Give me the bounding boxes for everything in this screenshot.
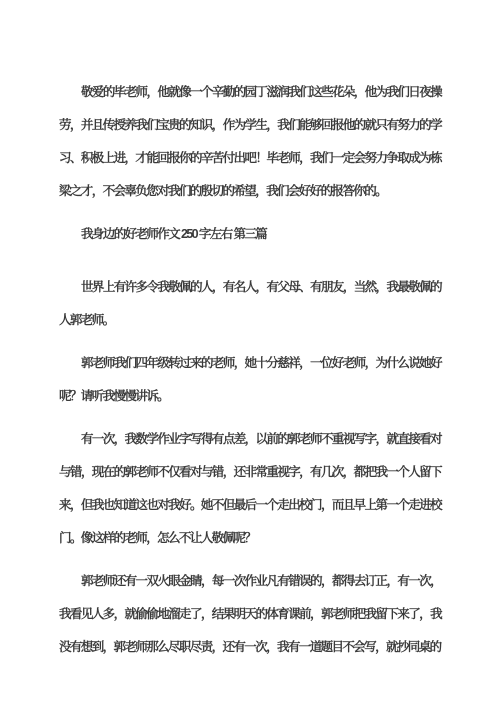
paragraph: 郭老师我们四年级转过来的老师，她十分慈祥，一位好老师，为什么说她好呢？请听我慢慢… (59, 347, 441, 413)
section-heading: 我身边的好老师作文 250 字左右 第三篇 (59, 218, 441, 251)
paragraph: 有一次，我数学作业字写得有点差，以前的郭老师不重视写字，就直接看对与错，现在的郭… (59, 423, 441, 555)
paragraph: 郭老师还有一双火眼金睛，每一次作业凡有错误的，都得去订正，有一次，我看见人多，就… (59, 565, 441, 664)
paragraph: 世界上有许多令我敬佩的人，有名人，有父母、有朋友，当然，我最敬佩的人郭老师。 (59, 271, 441, 337)
paragraph: 敬爱的毕老师，他就像一个辛勤的园丁滋润我们这些花朵，他为我们日夜操劳，并且传授养… (59, 76, 441, 208)
document-body: 敬爱的毕老师，他就像一个辛勤的园丁滋润我们这些花朵，他为我们日夜操劳，并且传授养… (59, 76, 441, 664)
document-page: 敬爱的毕老师，他就像一个辛勤的园丁滋润我们这些花朵，他为我们日夜操劳，并且传授养… (0, 0, 500, 707)
